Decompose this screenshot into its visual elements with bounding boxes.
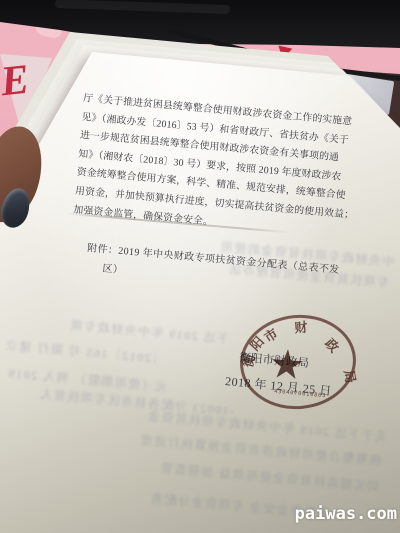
site-watermark: paiwas.com	[295, 504, 397, 524]
photo-scene: E 厅《关于推进贫困县统筹整合使用财政涉农资金工作的实施意 见》（湘政办发〔20…	[0, 0, 400, 533]
seal-arc-char: 局	[342, 368, 357, 384]
seal-arc-char: 财	[293, 320, 308, 334]
document-paragraph: 厅《关于推进贫困县统筹整合使用财政涉农资金工作的实施意 见》（湘政办发〔2016…	[73, 90, 363, 244]
star-icon: ★	[268, 344, 307, 386]
official-seal: 衡 阳 市 财 政 局 ★ 4304070010803	[240, 315, 356, 409]
seal-arc-char: 衡	[241, 352, 257, 369]
